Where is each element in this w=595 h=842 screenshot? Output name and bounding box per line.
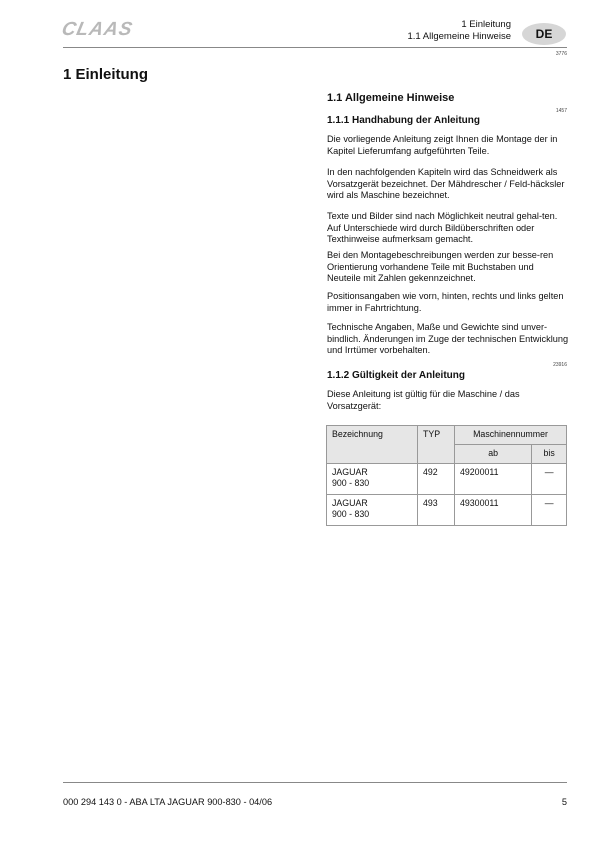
ref-code-top: 3776 [556, 51, 567, 57]
cell-name: JAGUAR900 - 830 [327, 464, 418, 495]
paragraph: In den nachfolgenden Kapiteln wird das S… [327, 167, 569, 202]
running-header: 1 Einleitung 1.1 Allgemeine Hinweise [407, 19, 511, 43]
paragraph: Texte und Bilder sind nach Möglichkeit n… [327, 211, 569, 246]
page-number: 5 [562, 797, 567, 807]
claas-logo: CLAAS [60, 19, 135, 41]
section-title: 1.1 Allgemeine Hinweise [327, 92, 454, 104]
paragraph: Technische Angaben, Maße und Gewichte si… [327, 322, 569, 357]
header-chapter: 1 Einleitung [407, 19, 511, 31]
footer-divider [63, 782, 567, 783]
cell-name: JAGUAR900 - 830 [327, 495, 418, 526]
cell-from: 49300011 [455, 495, 532, 526]
header-ab: ab [455, 445, 532, 464]
header-divider [63, 47, 567, 48]
document-id: 000 294 143 0 - ABA LTA JAGUAR 900-830 -… [63, 797, 272, 807]
language-badge: DE [522, 23, 566, 45]
cell-type: 492 [418, 464, 455, 495]
paragraph: Bei den Montagebeschreibungen werden zur… [327, 250, 569, 285]
validity-text: Diese Anleitung ist gültig für die Masch… [327, 389, 569, 412]
validity-table: Bezeichnung TYP Maschinennummer ab bis J… [326, 425, 567, 526]
header-bezeichnung: Bezeichnung [327, 426, 418, 464]
paragraph: Die vorliegende Anleitung zeigt Ihnen di… [327, 134, 569, 157]
cell-to: — [532, 464, 567, 495]
chapter-title: 1 Einleitung [63, 66, 148, 83]
paragraph: Positionsangaben wie vorn, hinten, recht… [327, 291, 569, 314]
table-row: JAGUAR900 - 830 492 49200011 — [327, 464, 567, 495]
cell-from: 49200011 [455, 464, 532, 495]
ref-code-2: 23916 [553, 362, 567, 368]
header-maschinennummer: Maschinennummer [455, 426, 567, 445]
header-bis: bis [532, 445, 567, 464]
subsection-title-handhabung: 1.1.1 Handhabung der Anleitung [327, 115, 480, 126]
subsection-title-gueltigkeit: 1.1.2 Gültigkeit der Anleitung [327, 370, 465, 381]
cell-to: — [532, 495, 567, 526]
header-section: 1.1 Allgemeine Hinweise [407, 31, 511, 43]
header-typ: TYP [418, 426, 455, 464]
ref-code-1: 1457 [556, 108, 567, 114]
cell-type: 493 [418, 495, 455, 526]
table-row: JAGUAR900 - 830 493 49300011 — [327, 495, 567, 526]
